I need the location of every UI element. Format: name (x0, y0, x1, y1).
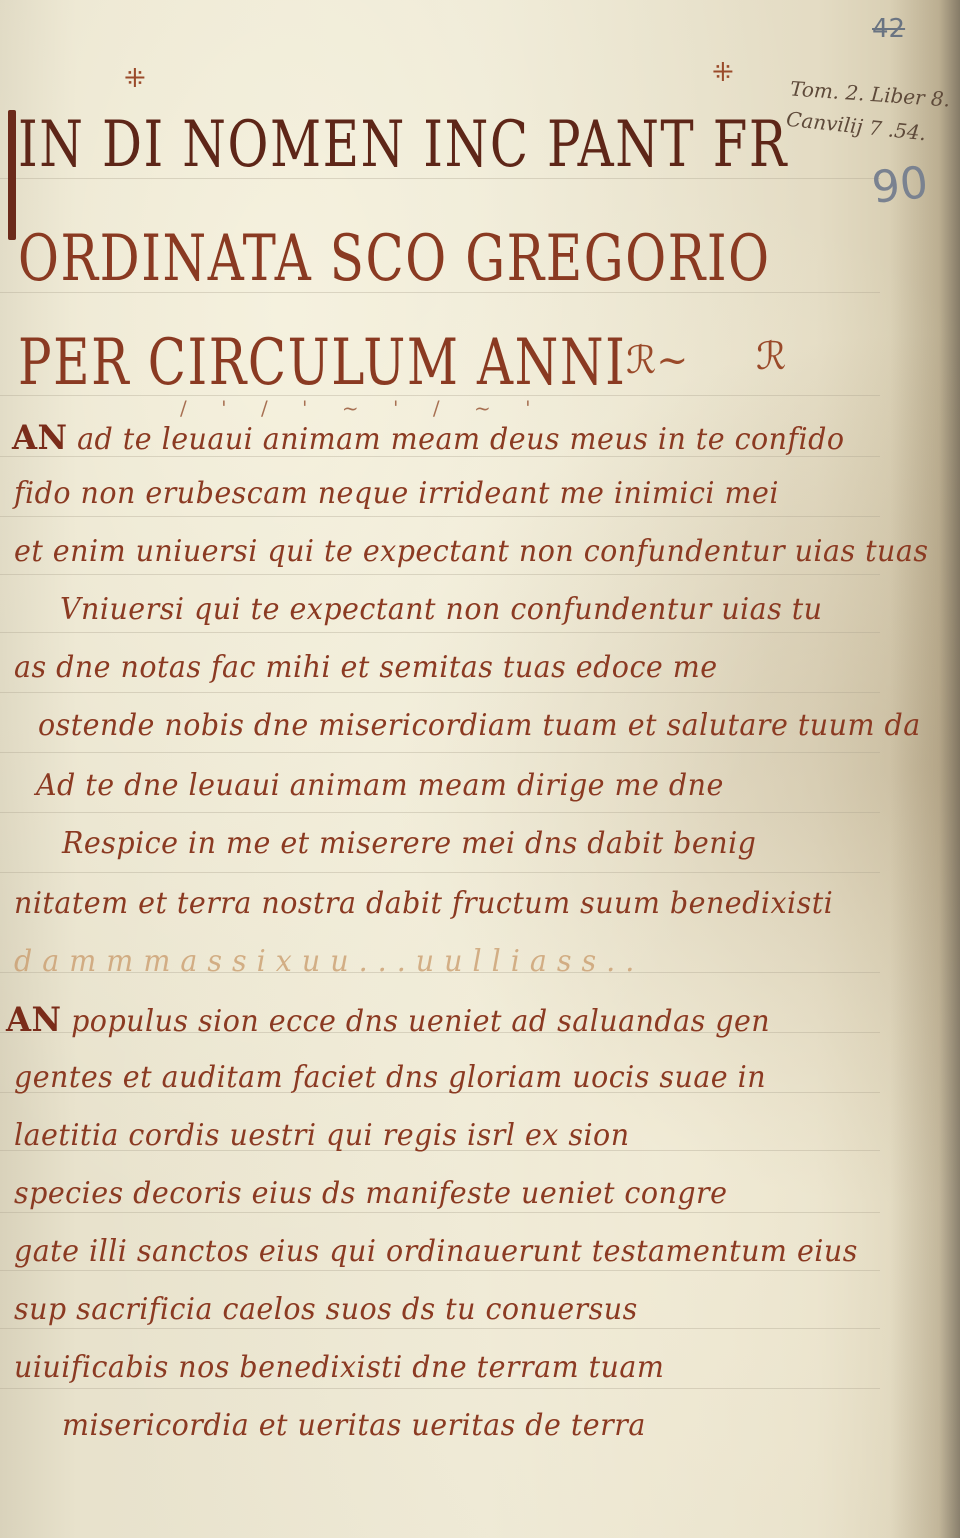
text-line-12: gentes et auditam faciet dns gloriam uoc… (14, 1060, 766, 1095)
text-line-13: laetitia cordis uestri qui regis isrl ex… (14, 1118, 630, 1153)
line-text: ad te leuaui animam meam deus meus in te… (77, 422, 844, 457)
text-line-8: Respice in me et miserere mei dns dabit … (62, 826, 756, 861)
rubric-title-line-2: ORDINATA SCO GREGORIO (18, 222, 771, 296)
text-line-10-faded: d a m m m a s s i x u u . . . u u l l i … (14, 944, 635, 979)
flourish-2: ℛ (756, 334, 786, 378)
text-line-7: Ad te dne leuaui animam meam dirige me d… (36, 768, 724, 803)
struck-folio-number: 42 (872, 14, 905, 44)
text-line-6: ostende nobis dne misericordiam tuam et … (38, 708, 921, 743)
ruling-line (0, 632, 880, 633)
line-text: populus sion ecce dns ueniet ad saluanda… (71, 1004, 770, 1039)
text-line-5: as dne notas fac mihi et semitas tuas ed… (14, 650, 718, 685)
text-line-4: Vniuersi qui te expectant non confundent… (60, 592, 823, 627)
antiphon-marker: AN (12, 418, 68, 458)
ruling-line (0, 1212, 880, 1213)
ruling-line (0, 752, 880, 753)
rubric-title-line-1: IN DI NOMEN INC PANT FR (18, 108, 788, 182)
folio-number: 90 (869, 157, 930, 214)
ruling-line (0, 1328, 880, 1329)
antiphon-marker: AN (6, 1000, 62, 1040)
ruling-line (0, 692, 880, 693)
ruling-line (0, 1388, 880, 1389)
text-line-14: species decoris eius ds manifeste ueniet… (14, 1176, 727, 1211)
text-line-9: nitatem et terra nostra dabit fructum su… (14, 886, 833, 921)
text-line-11: AN populus sion ecce dns ueniet ad salua… (6, 1000, 770, 1040)
text-line-17: uiuificabis nos benedixisti dne terram t… (14, 1350, 664, 1385)
ruling-line (0, 812, 880, 813)
initial-letter-I (8, 110, 16, 240)
flourish-1: ℛ~ (626, 338, 688, 382)
neume-notation: / ' / ' ~ ' / ~ ' (180, 396, 545, 420)
shelfmark-line-1: Tom. 2. Liber 8. (789, 76, 951, 111)
ruling-line (0, 1270, 880, 1271)
ruling-line (0, 574, 880, 575)
ruling-line (0, 516, 880, 517)
text-line-3: et enim uniuersi qui te expectant non co… (14, 534, 928, 569)
text-line-18: misericordia et ueritas ueritas de terra (62, 1408, 646, 1443)
shelfmark-line-2: Canvilij 7 .54. (785, 107, 927, 146)
ruling-line (0, 872, 880, 873)
manuscript-folio: 42 Tom. 2. Liber 8. Canvilij 7 .54. 90 ⁜… (0, 0, 960, 1538)
cross-mark-left: ⁜ (124, 64, 146, 94)
rubric-title-line-3: PER CIRCULUM ANNI (18, 326, 626, 400)
text-line-16: sup sacrificia caelos suos ds tu conuers… (14, 1292, 638, 1327)
text-line-1: AN ad te leuaui animam meam deus meus in… (12, 418, 844, 458)
text-line-2: fido non erubescam neque irrideant me in… (14, 476, 779, 511)
text-line-15: gate illi sanctos eius qui ordinauerunt … (14, 1234, 858, 1269)
cross-mark-right: ⁜ (712, 58, 734, 88)
